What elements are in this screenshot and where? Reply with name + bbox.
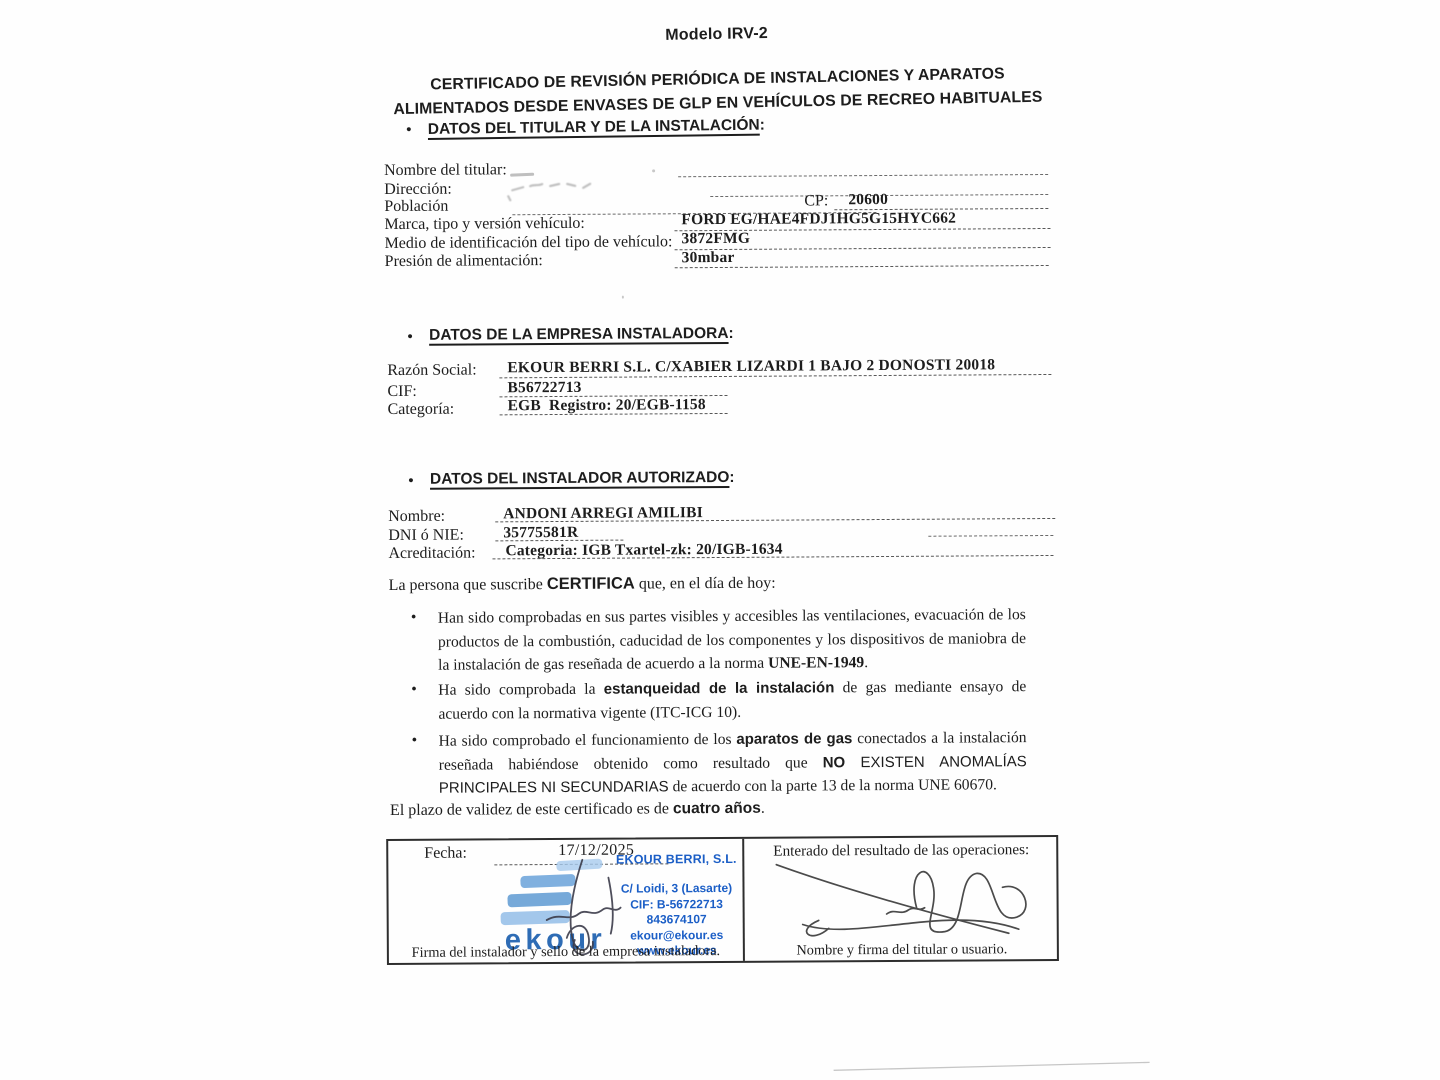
b2-bold: estanqueidad de la instalación <box>604 679 835 697</box>
b1-text: Han sido comprobadas en sus partes visib… <box>438 606 1026 674</box>
installer-signature-caption: Firma del instalador y sello de la empre… <box>389 943 743 962</box>
section-heading-titular-text: DATOS DEL TITULAR Y DE LA INSTALACIÓN <box>428 117 760 138</box>
scan-speck <box>652 169 655 172</box>
plazo-period: . <box>761 800 765 817</box>
bullet-icon: • <box>406 120 412 140</box>
certifica-keyword: CERTIFICA <box>547 575 635 594</box>
section-heading-empresa: DATOS DE LA EMPRESA INSTALADORA: <box>429 325 734 345</box>
bullet-icon: • <box>408 471 414 491</box>
colon: : <box>728 325 733 342</box>
fecha-label: Fecha: <box>424 845 467 863</box>
plazo-sentence: El plazo de validez de este certificado … <box>390 800 765 820</box>
model-number: Modelo IRV-2 <box>0 12 1437 58</box>
field-value-marca: FORD EG/HAE4FDJ1HG5G15HYC662 <box>681 210 956 230</box>
field-label-nombre-instalador: Nombre: <box>388 508 445 526</box>
holder-signature-caption: Nombre y firma del titular o usuario. <box>745 941 1059 960</box>
field-label-cp: CP: <box>804 192 828 210</box>
scan-speck <box>622 296 624 299</box>
field-label-nombre-titular: Nombre del titular: <box>384 161 507 180</box>
field-label-razon-social: Razón Social: <box>387 361 476 380</box>
bullet-paragraph-aparatos: Ha sido comprobado el funcionamiento de … <box>439 726 1027 800</box>
field-value-cp: 20600 <box>848 191 888 209</box>
field-label-acreditacion: Acreditación: <box>388 544 475 563</box>
bullet-icon: • <box>407 327 413 347</box>
signature-box: Fecha: 17/12/2025 EKOUR BERRI, S.L. C/ L… <box>386 835 1059 965</box>
scanned-certificate-page: Modelo IRV-2 CERTIFICADO DE REVISIÓN PER… <box>0 0 1440 1080</box>
faded-handwriting-smudge <box>504 173 614 202</box>
certifica-suffix: que, en el día de hoy: <box>635 575 776 593</box>
bullet-icon: • <box>411 609 417 627</box>
document-header: Modelo IRV-2 CERTIFICADO DE REVISIÓN PER… <box>0 12 1438 130</box>
colon: : <box>729 469 734 486</box>
field-label-marca: Marca, tipo y versión vehículo: <box>384 215 584 234</box>
dni-extra-blank-line <box>928 535 1053 537</box>
b2-text1: Ha sido comprobada la <box>438 681 604 699</box>
categoria-underline <box>500 413 728 415</box>
colon: : <box>760 117 765 134</box>
section-heading-instalador: DATOS DEL INSTALADOR AUTORIZADO: <box>430 469 735 489</box>
plazo-text: El plazo de validez de este certificado … <box>390 800 673 819</box>
field-value-presion: 30mbar <box>682 249 735 267</box>
b3-text1: Ha sido comprobado el funcionamiento de … <box>439 731 737 750</box>
bullet-icon: • <box>411 681 417 699</box>
certifica-prefix: La persona que suscribe <box>389 576 547 594</box>
section-heading-empresa-text: DATOS DE LA EMPRESA INSTALADORA <box>429 325 728 344</box>
scan-edge-line <box>826 1053 1156 1075</box>
bullet-paragraph-ventilaciones: Han sido comprobadas en sus partes visib… <box>438 603 1026 677</box>
document-scan: Modelo IRV-2 CERTIFICADO DE REVISIÓN PER… <box>0 0 1440 1080</box>
bullet-paragraph-estanqueidad: Ha sido comprobada la estanqueidad de la… <box>438 675 1026 726</box>
field-label-categoria: Categoría: <box>388 401 455 419</box>
section-heading-titular: DATOS DEL TITULAR Y DE LA INSTALACIÓN: <box>428 117 765 139</box>
field-label-poblacion: Población <box>384 198 448 216</box>
field-label-presion: Presión de alimentación: <box>385 252 543 271</box>
field-label-cif: CIF: <box>387 383 416 401</box>
field-label-medio-identificacion: Medio de identificación del tipo de vehí… <box>384 233 672 253</box>
nombre-titular-blank-line <box>678 174 1048 177</box>
installer-signature-cell: Fecha: 17/12/2025 EKOUR BERRI, S.L. C/ L… <box>388 839 743 963</box>
holder-signature-cell: Enterado del resultado de las operacione… <box>744 837 1059 961</box>
b1-norm: UNE-EN-1949 <box>768 654 864 672</box>
b1-period: . <box>864 654 868 671</box>
field-label-direccion: Dirección: <box>384 181 452 199</box>
field-value-medio-identificacion: 3872FMG <box>681 230 750 248</box>
holder-signature <box>766 849 1039 943</box>
b3-bold-aparatos: aparatos de gas <box>736 730 852 748</box>
section-heading-instalador-text: DATOS DEL INSTALADOR AUTORIZADO <box>430 469 729 488</box>
b3-bold-no: NO <box>823 754 846 771</box>
certifica-sentence: La persona que suscribe CERTIFICA que, e… <box>389 574 776 595</box>
b3-text3: de acuerdo con la parte 13 de la norma U… <box>669 776 997 795</box>
bullet-icon: • <box>412 732 418 750</box>
field-value-cif: B56722713 <box>507 379 581 397</box>
plazo-bold: cuatro años <box>673 800 761 818</box>
field-label-dni: DNI ó NIE: <box>388 527 464 545</box>
